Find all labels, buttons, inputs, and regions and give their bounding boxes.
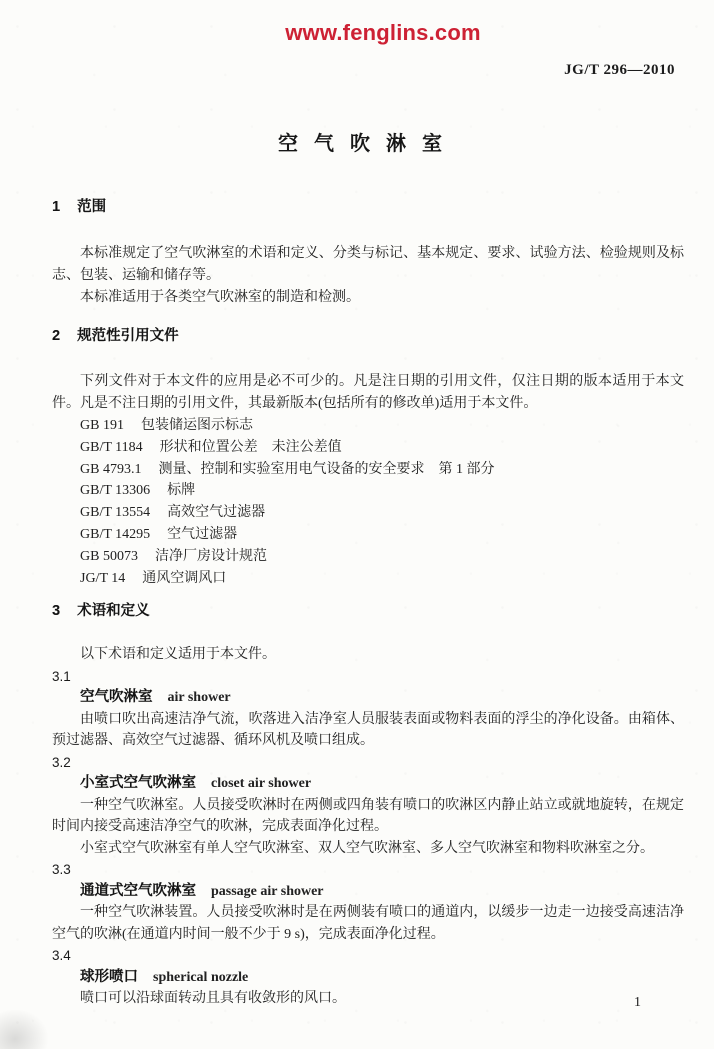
reference-code: GB 50073 [80,549,138,564]
term-en: passage air shower [211,884,324,899]
reference-item: GB 4793.1测量、控制和实验室用电气设备的安全要求 第 1 部分 [52,459,684,481]
term-en: closet air shower [211,776,311,791]
section-2-heading: 2规范性引用文件 [52,329,684,344]
term-heading: 空气吹淋室air shower [52,687,684,709]
reference-code: JG/T 14 [80,571,125,586]
reference-title: 高效空气过滤器 [167,505,265,520]
section-2-number: 2 [52,329,60,344]
reference-item: GB/T 13554高效空气过滤器 [52,502,684,524]
section-3-number: 3 [52,604,60,619]
section-2-title: 规范性引用文件 [77,328,179,344]
section-1-number: 1 [52,200,60,215]
term-heading: 通道式空气吹淋室passage air shower [52,881,684,903]
section-normative-references: 2规范性引用文件 下列文件对于本文件的应用是必不可少的。凡是注日期的引用文件，仅… [52,329,684,589]
reference-code: GB 191 [80,418,124,433]
reference-title: 通风空调风口 [142,571,226,586]
page-content: www.fenglins.com JG/T 296—2010 空气吹淋室 1范围… [0,0,714,1010]
term-heading: 小室式空气吹淋室closet air shower [52,773,684,795]
section-1-heading: 1范围 [52,200,684,215]
reference-item: JG/T 14通风空调风口 [52,568,684,590]
reference-item: GB/T 14295空气过滤器 [52,524,684,546]
scope-paragraph-2: 本标准适用于各类空气吹淋室的制造和检测。 [52,287,684,309]
references-list: GB 191包装储运图示标志 GB/T 1184形状和位置公差 未注公差值 GB… [52,415,684,589]
term-number: 3.2 [52,752,684,774]
term-zh: 球形喷口 [80,969,138,985]
reference-code: GB/T 13554 [80,505,150,520]
term-number: 3.3 [52,859,684,881]
term-zh: 空气吹淋室 [80,689,153,705]
term-definition: 一种空气吹淋室。人员接受吹淋时在两侧或四角装有喷口的吹淋区内静止站立或就地旋转，… [52,795,684,838]
reference-title: 洁净厂房设计规范 [155,549,267,564]
document-title: 空气吹淋室 [44,134,676,154]
reference-item: GB/T 13306标牌 [52,480,684,502]
reference-title: 空气过滤器 [167,527,237,542]
reference-title: 包装储运图示标志 [141,418,253,433]
terms-intro: 以下术语和定义适用于本文件。 [52,644,684,666]
term-entry-3-3: 3.3 通道式空气吹淋室passage air shower 一种空气吹淋装置。… [52,859,684,945]
reference-item: GB/T 1184形状和位置公差 未注公差值 [52,437,684,459]
term-entry-3-4: 3.4 球形喷口spherical nozzle 喷口可以沿球面转动且具有收敛形… [52,945,684,1010]
references-intro: 下列文件对于本文件的应用是必不可少的。凡是注日期的引用文件，仅注日期的版本适用于… [52,371,684,415]
section-1-title: 范围 [77,199,106,215]
term-definition: 一种空气吹淋装置。人员接受吹淋时是在两侧装有喷口的通道内，以缓步一边走一边接受高… [52,902,684,945]
term-en: spherical nozzle [153,970,248,985]
standard-number: JG/T 296—2010 [52,62,684,78]
scanned-document-page: www.fenglins.com JG/T 296—2010 空气吹淋室 1范围… [0,0,714,1049]
term-entry-3-2: 3.2 小室式空气吹淋室closet air shower 一种空气吹淋室。人员… [52,752,684,860]
document-title-text: 空气吹淋室 [278,133,458,155]
term-number: 3.4 [52,945,684,967]
term-entry-3-1: 3.1 空气吹淋室air shower 由喷口吹出高速洁净气流，吹落进入洁净室人… [52,666,684,752]
watermark-url: www.fenglins.com [67,21,699,45]
section-scope: 1范围 本标准规定了空气吹淋室的术语和定义、分类与标记、基本规定、要求、试验方法… [52,200,684,308]
term-en: air shower [168,690,231,705]
term-zh: 小室式空气吹淋室 [80,775,196,791]
reference-code: GB/T 1184 [80,440,143,455]
reference-item: GB 50073洁净厂房设计规范 [52,546,684,568]
reference-item: GB 191包装储运图示标志 [52,415,684,437]
scope-paragraph-1: 本标准规定了空气吹淋室的术语和定义、分类与标记、基本规定、要求、试验方法、检验规… [52,243,684,287]
section-3-heading: 3术语和定义 [52,604,684,619]
reference-code: GB/T 13306 [80,483,150,498]
term-definition: 小室式空气吹淋室有单人空气吹淋室、双人空气吹淋室、多人空气吹淋室和物料吹淋室之分… [52,838,684,860]
reference-title: 测量、控制和实验室用电气设备的安全要求 第 1 部分 [158,462,494,477]
reference-title: 形状和位置公差 未注公差值 [160,440,342,455]
term-definition: 由喷口吹出高速洁净气流，吹落进入洁净室人员服装表面或物料表面的浮尘的净化设备。由… [52,709,684,752]
section-3-title: 术语和定义 [77,603,150,619]
term-heading: 球形喷口spherical nozzle [52,967,684,989]
reference-code: GB/T 14295 [80,527,150,542]
term-definition: 喷口可以沿球面转动且具有收敛形的风口。 [52,988,684,1010]
term-number: 3.1 [52,666,684,688]
page-number: 1 [634,996,641,1010]
section-terms-definitions: 3术语和定义 以下术语和定义适用于本文件。 3.1 空气吹淋室air showe… [52,604,684,1010]
reference-code: GB 4793.1 [80,462,141,477]
reference-title: 标牌 [167,483,195,498]
term-zh: 通道式空气吹淋室 [80,883,196,899]
